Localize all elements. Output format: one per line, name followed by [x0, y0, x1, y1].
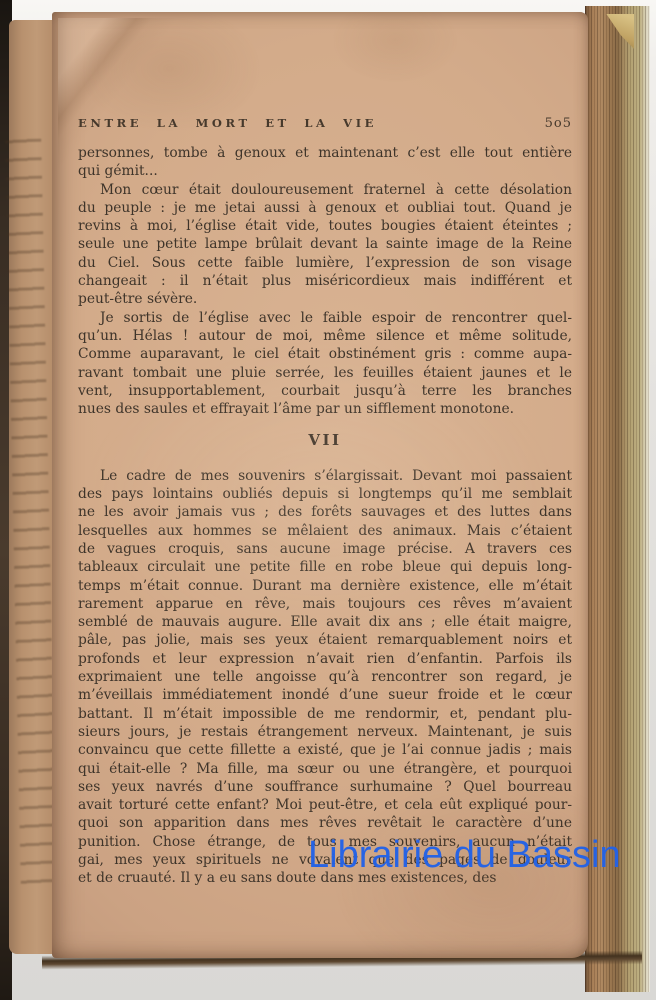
section-heading: VII: [78, 431, 572, 449]
text-line: Je sortis de l’église avec le faible esp…: [78, 309, 572, 327]
paragraph: Mon cœur était douloureusement fraternel…: [78, 181, 572, 309]
text-line: quoi son apparition dans mes rêves revêt…: [78, 814, 572, 832]
text-line: profonds et leur expression n’avait rien…: [78, 650, 572, 668]
text-line: de vagues croquis, sans aucune image pré…: [78, 540, 572, 558]
book-photo: ENTRE LA MORT ET LA VIE 5o5 personnes, t…: [0, 0, 656, 1000]
text-line: ne les avoir jamais vus ; des forêts sau…: [78, 503, 572, 521]
text-line: avait torturé cette enfant? Moi peut-êtr…: [78, 796, 572, 814]
text-line: des pays lointains oubliés depuis si lon…: [78, 485, 572, 503]
text-line: peut-être sévère.: [78, 290, 572, 308]
text-line: battant. Il m’était impossible de me ren…: [78, 705, 572, 723]
text-line: Le cadre de mes souvenirs s’élargissait.…: [78, 467, 572, 485]
text-line: rarement apparue en rêve, mais toujours …: [78, 595, 572, 613]
paragraph: Le cadre de mes souvenirs s’élargissait.…: [78, 467, 572, 888]
facing-page-edge: [9, 20, 55, 954]
text-line: changeait : il n’était plus miséricordie…: [78, 272, 572, 290]
show-through-text-lines: [5, 130, 57, 895]
page-body: personnes, tombe à genoux et maintenant …: [78, 144, 572, 888]
text-line: ses yeux navrés d’une souffrance surhuma…: [78, 778, 572, 796]
text-line: seule une petite lampe brûlait devant la…: [78, 235, 572, 253]
text-line: qui gémit...: [78, 162, 572, 180]
text-line: tableaux circulait une petite fille en r…: [78, 558, 572, 576]
page-number: 5o5: [545, 116, 572, 131]
text-line: convaincu que cette fillette a existé, q…: [78, 741, 572, 759]
text-line: sieurs jours, je restais étrangement ner…: [78, 723, 572, 741]
text-line: pâle, pas jolie, mais ses yeux étaient r…: [78, 631, 572, 649]
text-line: du Ciel. Sous cette faible lumière, l’ex…: [78, 254, 572, 272]
text-line: personnes, tombe à genoux et maintenant …: [78, 144, 572, 162]
text-line: m’éveillais immédiatement inondé d’une s…: [78, 686, 572, 704]
page-header: ENTRE LA MORT ET LA VIE 5o5: [78, 116, 572, 131]
text-line: ravant tombait une pluie serrée, les feu…: [78, 364, 572, 382]
text-line: exprimaient une telle angoisse qu’à renc…: [78, 668, 572, 686]
paragraph: personnes, tombe à genoux et maintenant …: [78, 144, 572, 181]
paragraph: Je sortis de l’église avec le faible esp…: [78, 309, 572, 419]
text-line: nues des saules et effrayait l’âme par u…: [78, 400, 572, 418]
text-line: qu’un. Hélas ! autour de moi, même silen…: [78, 327, 572, 345]
book-page: ENTRE LA MORT ET LA VIE 5o5 personnes, t…: [52, 12, 588, 958]
text-line: revins à moi, l’église était vide, toute…: [78, 217, 572, 235]
text-line: Mon cœur était douloureusement fraternel…: [78, 181, 572, 199]
text-line: qui était-elle ? Ma fille, ma sœur ou un…: [78, 760, 572, 778]
text-line: vent, insupportablement, courbait jusqu’…: [78, 382, 572, 400]
text-line: du peuple : je me jetai aussi à genoux e…: [78, 199, 572, 217]
text-line: semblé de mauvais augure. Elle avait dix…: [78, 613, 572, 631]
running-title: ENTRE LA MORT ET LA VIE: [78, 116, 377, 130]
text-line: temps m’était connue. Durant ma dernière…: [78, 577, 572, 595]
text-line: lesquelles aux hommes se mêlaient des an…: [78, 522, 572, 540]
seller-watermark: Librairie du Bassin: [308, 834, 621, 877]
text-line: Comme auparavant, le ciel était obstiném…: [78, 345, 572, 363]
